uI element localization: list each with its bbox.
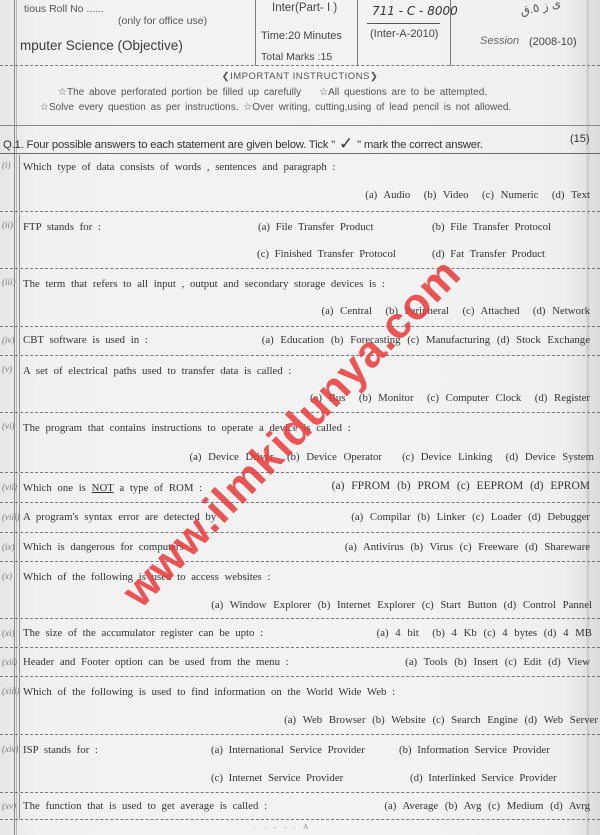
numeral-divider [19, 735, 20, 792]
instruction-item: ☆All questions are to be attempted. [319, 87, 487, 98]
question-marks: (15) [570, 133, 590, 145]
question-numeral: (xii) [2, 657, 17, 667]
question-text: The size of the accumulator register can… [23, 627, 263, 639]
numeral-divider [19, 413, 20, 472]
mcq-row: (xiii) Which of the following is used to… [0, 677, 600, 735]
option-b[interactable]: (b) Internet Explorer [318, 599, 415, 611]
question-text: The term that refers to all input , outp… [23, 278, 385, 290]
page-footer-mark: . . - - . A [255, 823, 311, 831]
header-divider [450, 0, 451, 66]
mcq-row: (iii) The term that refers to all input … [0, 269, 600, 327]
options: (a) Education (b) Forecasting (c) Manufa… [262, 334, 590, 346]
question-text: ISP stands for : [23, 744, 98, 756]
question-text: Which of the following is used to access… [23, 571, 270, 583]
question-text-part: a type of ROM : [114, 482, 202, 494]
important-instructions: ❮IMPORTANT INSTRUCTIONS❯ ☆The above perf… [0, 66, 600, 126]
mcq-row: (xv) The function that is used to get av… [0, 793, 600, 820]
option-a[interactable]: (a) Audio [365, 189, 410, 201]
session-label: Session [480, 35, 519, 47]
numeral-divider [19, 648, 20, 676]
option-b[interactable]: (b) Device Operator [287, 451, 382, 463]
option-a[interactable]: (a) Bus [310, 392, 345, 404]
mcq-row: (vi) The program that contains instructi… [0, 413, 600, 473]
option-c[interactable]: (c) Attached [462, 305, 519, 317]
option-b[interactable]: (b) Website [372, 714, 426, 726]
option-b[interactable]: (b) Avg [445, 800, 482, 812]
question-numeral: (i) [2, 160, 11, 170]
paper-id: (Inter-A-2010) [370, 28, 438, 40]
mcq-row: (ii) FTP stands for : (a) File Transfer … [0, 212, 600, 269]
session-value: (2008-10) [529, 36, 577, 48]
option-c[interactable]: (c) EEPROM [457, 480, 523, 492]
instruction-item: ☆The above perforated portion be filled … [58, 87, 301, 98]
mcq-row: (xiv) ISP stands for : (a) International… [0, 735, 600, 793]
question-text: Which is dangerous for computers : [23, 541, 192, 553]
option-d[interactable]: (d) Fat Transfer Product [432, 248, 545, 260]
option-a[interactable]: (a) File Transfer Product [258, 221, 373, 233]
option-b[interactable]: (b) 4 Kb [432, 627, 477, 639]
question-numeral: (x) [2, 571, 12, 581]
question-number: Q.1. [3, 139, 24, 151]
options: (a) Compilar (b) Linker (c) Loader (d) D… [351, 511, 590, 523]
question-numeral: (vi) [2, 421, 15, 431]
option-d[interactable]: (d) View [548, 656, 590, 668]
question-text: FTP stands for : [23, 221, 101, 233]
header-divider [255, 0, 256, 66]
option-a[interactable]: (a) Window Explorer [211, 599, 311, 611]
question-numeral: (xiv) [2, 744, 18, 754]
option-b[interactable]: (b) Virus [410, 541, 452, 553]
option-d[interactable]: (d) Control Pannel [504, 599, 592, 611]
option-c[interactable]: (c) Freeware [460, 541, 519, 553]
options: (a) Device Driver (b) Device Operator (c… [189, 451, 594, 463]
question-1-instruction: Q.1. Four possible answers to each state… [3, 133, 483, 153]
options: (a) Audio (b) Video (c) Numeric (d) Text [365, 189, 590, 201]
question-numeral: (iii) [2, 277, 16, 287]
numeral-divider [19, 327, 20, 355]
option-d[interactable]: (d) Interlinked Service Provider [410, 772, 557, 784]
numeral-divider [19, 677, 20, 734]
instruction-text: " mark the correct answer. [357, 139, 483, 151]
total-marks: Total Marks :15 [261, 51, 332, 63]
mcq-row: (i) Which type of data consists of words… [0, 155, 600, 212]
numeral-divider [19, 212, 20, 268]
options: (a) Window Explorer (b) Internet Explore… [211, 599, 592, 611]
question-numeral: (xv) [2, 801, 16, 811]
option-a[interactable]: (a) Average [384, 800, 438, 812]
option-a[interactable]: (a) Tools [405, 656, 447, 668]
option-c[interactable]: (c) Manufacturing [407, 334, 490, 346]
mcq-row: (xii) Header and Footer option can be us… [0, 648, 600, 677]
question-text: A set of electrical paths used to transf… [23, 365, 291, 377]
options: (a) Web Browser (b) Website (c) Search E… [284, 714, 598, 726]
option-b[interactable]: (b) File Transfer Protocol [432, 221, 551, 233]
option-a[interactable]: (a) Compilar [351, 511, 410, 523]
question-text-part: Which one is [23, 482, 92, 494]
mcq-row: (xi) The size of the accumulator registe… [0, 619, 600, 648]
numeral-divider [19, 533, 20, 561]
options: (a) Bus (b) Monitor (c) Computer Clock (… [310, 392, 590, 404]
question-text: Which of the following is used to find i… [23, 686, 395, 698]
option-c[interactable]: (c) 4 bytes [484, 627, 538, 639]
office-use-note: (only for office use) [118, 15, 207, 27]
mcq-row: (ix) Which is dangerous for computers : … [0, 533, 600, 562]
option-a[interactable]: (a) International Service Provider [211, 744, 365, 756]
option-d[interactable]: (d) EPROM [530, 480, 590, 492]
option-c[interactable]: (c) Search Engine [432, 714, 517, 726]
question-text: Which type of data consists of words , s… [23, 161, 335, 173]
option-a[interactable]: (a) Education [262, 334, 324, 346]
option-d[interactable]: (d) Stock Exchange [497, 334, 590, 346]
tick-mark-icon: ✓ [339, 134, 353, 154]
option-c[interactable]: (c) Loader [472, 511, 521, 523]
options: (a) Central (b) Peripheral (c) Attached … [322, 305, 591, 317]
question-1-heading: Q.1. Four possible answers to each state… [0, 127, 600, 154]
option-d[interactable]: (d) 4 MB [544, 627, 592, 639]
question-text: Which one is NOT a type of ROM : [23, 482, 202, 494]
header-divider [357, 0, 358, 66]
option-c[interactable]: (c) Finished Transfer Protocol [257, 248, 396, 260]
option-b[interactable]: (b) Monitor [359, 392, 414, 404]
options: (a) FPROM (b) PROM (c) EEPROM (d) EPROM [332, 480, 590, 492]
option-d[interactable]: (d) Text [552, 189, 590, 201]
question-numeral: (vii) [2, 482, 17, 492]
mcq-row: (vii) Which one is NOT a type of ROM : (… [0, 473, 600, 503]
option-b[interactable]: (b) Linker [417, 511, 465, 523]
question-numeral: (viii) [2, 512, 20, 522]
question-text: A program's syntax error are detected by… [23, 511, 225, 523]
option-d[interactable]: (d) Network [533, 305, 590, 317]
option-b[interactable]: (b) Peripheral [385, 305, 449, 317]
question-numeral: (iv) [2, 335, 15, 345]
question-numeral: (xi) [2, 628, 15, 638]
option-c[interactable]: (c) Internet Service Provider [211, 772, 343, 784]
instruction-text: Four possible answers to each statement … [27, 139, 336, 151]
options: (a) 4 bit (b) 4 Kb (c) 4 bytes (d) 4 MB [377, 627, 592, 639]
question-numeral: (v) [2, 364, 12, 374]
exam-paper: tious Roll No ...... (only for office us… [0, 0, 600, 835]
mcq-row: (v) A set of electrical paths used to tr… [0, 356, 600, 413]
numeral-divider [19, 793, 20, 819]
option-d[interactable]: (d) Web Server [525, 714, 599, 726]
option-b[interactable]: (b) PROM [397, 480, 450, 492]
question-numeral: (ii) [2, 220, 13, 230]
option-a[interactable]: (a) Central [322, 305, 372, 317]
numeral-divider [19, 356, 20, 412]
mcq-row: (viii) A program's syntax error are dete… [0, 503, 600, 533]
handwritten-code: 711 - C - 8000 [372, 4, 458, 18]
question-text: CBT software is used in : [23, 334, 148, 346]
numeral-divider [19, 473, 20, 502]
question-text: The program that contains instructions t… [23, 422, 351, 434]
option-c[interactable]: (c) Start Button [422, 599, 497, 611]
option-a[interactable]: (a) Antivirus [345, 541, 404, 553]
question-numeral: (ix) [2, 542, 15, 552]
paper-header: tious Roll No ...... (only for office us… [0, 0, 600, 66]
option-b[interactable]: (b) Information Service Provider [399, 744, 550, 756]
option-b[interactable]: (b) Forecasting [331, 334, 401, 346]
emphasis-not: NOT [92, 482, 114, 494]
option-d[interactable]: (d) Avrg [550, 800, 590, 812]
option-a[interactable]: (a) FPROM [332, 480, 391, 492]
option-b[interactable]: (b) Video [424, 189, 469, 201]
option-d[interactable]: (d) Register [535, 392, 590, 404]
mcq-row: (x) Which of the following is used to ac… [0, 562, 600, 619]
options: (a) Antivirus (b) Virus (c) Freeware (d)… [345, 541, 590, 553]
time-allowed: Time:20 Minutes [261, 30, 342, 42]
option-c[interactable]: (c) Computer Clock [427, 392, 521, 404]
question-text: The function that is used to get average… [23, 800, 267, 812]
option-b[interactable]: (b) Insert [454, 656, 498, 668]
question-text: Header and Footer option can be used fro… [23, 656, 289, 668]
question-numeral: (xiii) [2, 686, 20, 696]
class-part: Inter(Part- I ) [272, 2, 337, 14]
numeral-divider [19, 503, 20, 532]
options: (a) Average (b) Avg (c) Medium (d) Avrg [384, 800, 590, 812]
option-d[interactable]: (d) Device System [506, 451, 594, 463]
option-a[interactable]: (a) Device Driver [189, 451, 273, 463]
option-c[interactable]: (c) Numeric [482, 189, 538, 201]
handwritten-stamp: ی ز ٥.ق [519, 0, 562, 18]
option-d[interactable]: (d) Debugger [528, 511, 590, 523]
numeral-divider [19, 269, 20, 326]
instruction-item: ☆Over writing, cutting,using of lead pen… [243, 102, 511, 113]
subject-title: mputer Science (Objective) [20, 38, 183, 53]
instructions-title: ❮IMPORTANT INSTRUCTIONS❯ [0, 71, 600, 82]
option-a[interactable]: (a) Web Browser [284, 714, 365, 726]
options: (a) Tools (b) Insert (c) Edit (d) View [405, 656, 590, 668]
instructions-line-1: ☆The above perforated portion be filled … [58, 87, 487, 98]
option-d[interactable]: (d) Shareware [525, 541, 590, 553]
option-c[interactable]: (c) Medium [488, 800, 543, 812]
numeral-divider [19, 155, 20, 211]
mcq-row: (iv) CBT software is used in : (a) Educa… [0, 327, 600, 356]
numeral-divider [19, 562, 20, 618]
instruction-item: ☆Solve every question as per instruction… [40, 102, 239, 113]
code-underline [367, 23, 440, 24]
option-a[interactable]: (a) 4 bit [377, 627, 419, 639]
roll-number-label: tious Roll No ...... [24, 3, 104, 15]
option-c[interactable]: (c) Device Linking [402, 451, 492, 463]
numeral-divider [19, 619, 20, 647]
option-c[interactable]: (c) Edit [505, 656, 542, 668]
instructions-line-2: ☆Solve every question as per instruction… [40, 102, 511, 113]
